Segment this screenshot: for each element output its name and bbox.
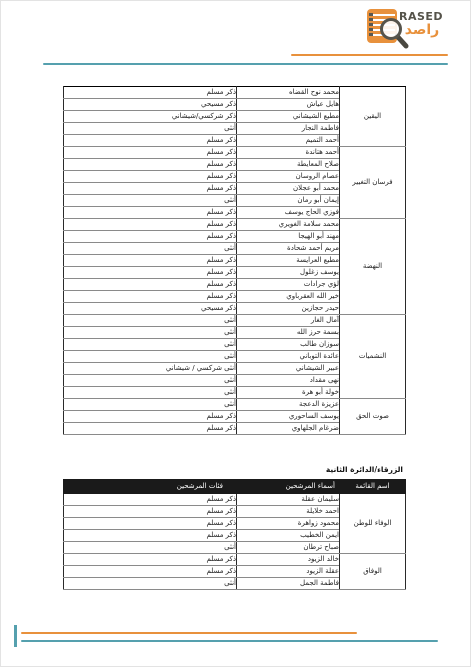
header-candidate-names: أسماء المرشحين (237, 480, 340, 494)
candidate-name-cell: محمد أبو عجلان (237, 183, 340, 195)
table-header-row: اسم القائمة أسماء المرشحين فئات المرشحين (64, 480, 406, 494)
candidates-table-district1: اليقينمحمد نوح القضاهذكر مسلمهايل عياشذك… (63, 86, 406, 435)
candidate-name-cell: سوزان طالب (237, 339, 340, 351)
rased-logo: RASED راصد (366, 7, 446, 49)
candidate-category-cell: أنثى شركسي / شيشاني (64, 363, 237, 375)
candidate-name-cell: خير الله العقرباوي (237, 291, 340, 303)
candidate-name-cell: فاطمة الجمل (237, 578, 340, 590)
candidate-name-cell: صلاح المعايطة (237, 159, 340, 171)
candidate-name-cell: مهند أبو الهيجا (237, 231, 340, 243)
candidate-name-cell: عقلة الزيود (237, 566, 340, 578)
candidate-category-cell: ذكر مسلم (64, 231, 237, 243)
candidate-name-cell: آمال الغار (237, 315, 340, 327)
candidate-name-cell: عائدة التوباني (237, 351, 340, 363)
candidate-row: اليقينمحمد نوح القضاهذكر مسلم (64, 87, 406, 99)
candidate-category-cell: ذكر مسلم (64, 518, 237, 530)
logo-wordmark-arabic: راصد (399, 22, 445, 38)
candidate-row: صوت الحقعزيزة الدعجةأنثى (64, 399, 406, 411)
candidate-category-cell: أنثى (64, 375, 237, 387)
candidate-name-cell: هايل عياش (237, 99, 340, 111)
header-list-name: اسم القائمة (340, 480, 406, 494)
list-name-cell: الوفاق (340, 554, 406, 590)
candidate-name-cell: عبير الشيشاني (237, 363, 340, 375)
candidate-category-cell: ذكر مسلم (64, 423, 237, 435)
candidate-category-cell: ذكر مسلم (64, 255, 237, 267)
candidate-row: الوفاقخالد الزيودذكر مسلم (64, 554, 406, 566)
candidate-name-cell: لؤي جرادات (237, 279, 340, 291)
candidate-category-cell: أنثى (64, 399, 237, 411)
candidate-category-cell: ذكر مسلم (64, 159, 237, 171)
candidate-name-cell: فوزي الحاج يوسف (237, 207, 340, 219)
candidate-category-cell: أنثى (64, 195, 237, 207)
candidate-category-cell: ذكر مسلم (64, 291, 237, 303)
document-page: RASED راصد اليقينمحمد نوح القضاهذكر مسلم… (0, 0, 471, 667)
candidate-name-cell: احمد خلايلة (237, 506, 340, 518)
list-name-cell: صوت الحق (340, 399, 406, 435)
candidate-name-cell: محمود زواهرة (237, 518, 340, 530)
list-name-cell: النهضة (340, 219, 406, 315)
footer-teal-bar (14, 625, 17, 647)
candidate-category-cell: أنثى (64, 243, 237, 255)
candidate-name-cell: ايمن الخطيب (237, 530, 340, 542)
candidate-name-cell: سليمان عقلة (237, 494, 340, 506)
candidates-table-district2: اسم القائمة أسماء المرشحين فئات المرشحين… (63, 479, 406, 590)
candidate-name-cell: يوسف زغلول (237, 267, 340, 279)
candidate-category-cell: ذكر مسلم (64, 411, 237, 423)
candidate-name-cell: بسمة حرز الله (237, 327, 340, 339)
footer-orange-rule (21, 632, 357, 634)
candidate-name-cell: مطيع الشيشاني (237, 111, 340, 123)
candidate-category-cell: أنثى (64, 578, 237, 590)
list-name-cell: النشميات (340, 315, 406, 399)
candidate-name-cell: محمد سلامة الغويري (237, 219, 340, 231)
header-orange-rule (291, 54, 448, 56)
candidate-name-cell: عصام الروسان (237, 171, 340, 183)
candidate-row: الوفاء للوطنسليمان عقلةذكر مسلم (64, 494, 406, 506)
candidate-row: فرسان التغييرأحمد هتاندةذكر مسلم (64, 147, 406, 159)
candidate-name-cell: إيمان أبو رمان (237, 195, 340, 207)
candidate-category-cell: ذكر مسلم (64, 279, 237, 291)
candidate-name-cell: يوسف الساحوري (237, 411, 340, 423)
candidate-category-cell: ذكر شركسي/شيشاني (64, 111, 237, 123)
candidate-category-cell: أنثى (64, 123, 237, 135)
candidate-name-cell: مريم أحمد شحادة (237, 243, 340, 255)
candidate-category-cell: ذكر مسلم (64, 171, 237, 183)
candidate-name-cell: ضرغام الجلهاوي (237, 423, 340, 435)
candidate-name-cell: حيدر حجازين (237, 303, 340, 315)
candidate-name-cell: خولة أبو هرة (237, 387, 340, 399)
candidate-category-cell: ذكر مسيحي (64, 303, 237, 315)
candidate-category-cell: ذكر مسلم (64, 207, 237, 219)
candidate-category-cell: ذكر مسلم (64, 147, 237, 159)
list-name-cell: اليقين (340, 87, 406, 147)
candidate-name-cell: أحمد هتاندة (237, 147, 340, 159)
list-name-cell: فرسان التغيير (340, 147, 406, 219)
candidate-name-cell: خالد الزيود (237, 554, 340, 566)
candidate-category-cell: ذكر مسلم (64, 494, 237, 506)
candidate-category-cell: أنثى (64, 351, 237, 363)
candidate-name-cell: عزيزة الدعجة (237, 399, 340, 411)
header-candidate-categories: فئات المرشحين (64, 480, 237, 494)
candidate-category-cell: ذكر مسلم (64, 530, 237, 542)
header-teal-rule (43, 63, 448, 65)
candidate-category-cell: ذكر مسلم (64, 506, 237, 518)
footer-teal-rule (21, 640, 438, 642)
candidate-name-cell: محمد نوح القضاه (237, 87, 340, 99)
candidate-category-cell: ذكر مسلم (64, 554, 237, 566)
candidate-category-cell: ذكر مسلم (64, 135, 237, 147)
candidate-category-cell: ذكر مسيحي (64, 99, 237, 111)
district2-title: الزرقاء/الدائرة الثانية (326, 465, 403, 474)
list-name-cell: الوفاء للوطن (340, 494, 406, 554)
candidate-category-cell: ذكر مسلم (64, 566, 237, 578)
candidate-row: النهضةمحمد سلامة الغويريذكر مسلم (64, 219, 406, 231)
candidate-category-cell: أنثى (64, 387, 237, 399)
candidate-name-cell: أحمد التميم (237, 135, 340, 147)
candidate-category-cell: أنثى (64, 327, 237, 339)
candidate-row: النشمياتآمال الغارأنثى (64, 315, 406, 327)
candidate-category-cell: أنثى (64, 315, 237, 327)
candidate-category-cell: ذكر مسلم (64, 87, 237, 99)
candidate-category-cell: ذكر مسلم (64, 183, 237, 195)
candidate-category-cell: أنثى (64, 542, 237, 554)
candidate-category-cell: ذكر مسلم (64, 219, 237, 231)
candidate-name-cell: فاطمة النجار (237, 123, 340, 135)
candidate-category-cell: ذكر مسلم (64, 267, 237, 279)
candidate-name-cell: صباح ترطان (237, 542, 340, 554)
candidate-name-cell: نهى مقداد (237, 375, 340, 387)
candidate-category-cell: أنثى (64, 339, 237, 351)
candidate-name-cell: مطيع العرايسة (237, 255, 340, 267)
